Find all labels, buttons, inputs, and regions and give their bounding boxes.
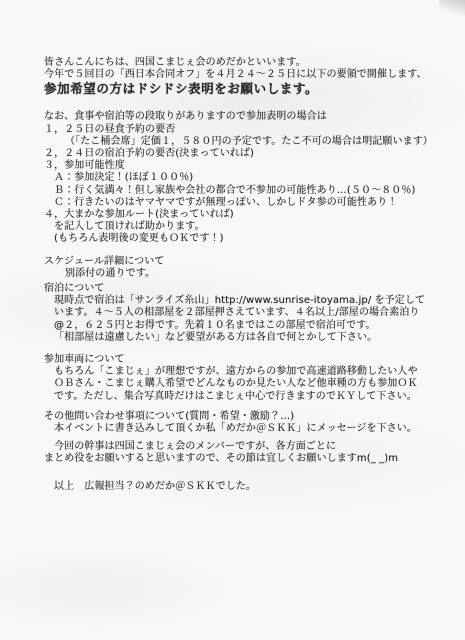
text-line: １，２５日の昼食予約の要否 [44,124,447,136]
text-line: です。ただし、集合写真時だけはこまじぇ中心で行きますのでＫＹして下さい。 [44,391,447,403]
text-line: 以上 広報担当？のめだか＠ＳＫＫでした。 [44,481,447,493]
text-line: 別添付の通りです。 [44,268,447,280]
section-inquiries: その他問い合わせ事項について(質問・希望・激励？…)本イベントに書き込みして頂く… [44,411,447,435]
text-line: まとめ役をお願いすると思いますので、その節は宜しくお願いしますm(_ _)m [44,453,447,465]
text-line: Ａ：参加決定！(ほぼ１００％) [44,172,447,184]
section-conditions: なお、食事や宿泊等の段取りがありますので参加表明の場合は１，２５日の昼食予約の要… [44,111,447,245]
section-intro: 皆さんこんにちは、四国こまじぇ会のめだかといいます。今年で５回目の「西日本合同オ… [44,57,447,97]
section-closing: 以上 広報担当？のめだか＠ＳＫＫでした。 [44,481,447,493]
text-line: ＯＢさん・こまじぇ購入希望でどんなものか見たい人など他車種の方も参加ＯＫ [44,378,447,390]
document-title-line: 参加希望の方はドシドシ表明をお願いします。 [44,81,447,97]
scanned-document: { "page": { "paper_color": "#f8f8f7", "i… [0,0,465,640]
text-line: 「相部屋は遠慮したい」など要望がある方は各自で何とかして下さい。 [44,332,447,344]
scan-corner-artifact [439,0,465,16]
text-line: Ｂ：行く気満々！但し家族や会社の都合で不参加の可能性あり…(５０～８０％) [44,185,447,197]
text-line: 本イベントに書き込みして頂くか私「めだか＠ＳＫＫ」にメッセージを下さい。 [44,423,447,435]
text-line: Ｃ：行きたいのはヤマヤマですが無理っぽい、しかしドタ参の可能性あり！ [44,197,447,209]
text-line: もちろん「こまじぇ」が理想ですが、遠方からの参加で高速道路移動したい人や [44,366,447,378]
text-line: 現時点で宿泊は「サンライズ糸山」http://www.sunrise-itoya… [44,295,447,307]
text-line: (もちろん表明後の変更もＯＫです！) [44,233,447,245]
section-organizers: 今回の幹事は四国こまじぇ会のメンバーですが、各方面ごとにまとめ役をお願いすると思… [44,441,447,465]
text-line: 宿泊について [44,283,447,295]
text-line: 今回の幹事は四国こまじぇ会のメンバーですが、各方面ごとに [44,441,447,453]
text-line: ４，大まかな参加ルート(決まっていれば) [44,209,447,221]
document-page: 皆さんこんにちは、四国こまじぇ会のめだかといいます。今年で５回目の「西日本合同オ… [0,0,465,640]
text-line: なお、食事や宿泊等の段取りがありますので参加表明の場合は [44,111,447,123]
section-lodging: 宿泊について現時点で宿泊は「サンライズ糸山」http://www.sunrise… [44,283,447,344]
document-content: 皆さんこんにちは、四国こまじぇ会のめだかといいます。今年で５回目の「西日本合同オ… [0,0,465,493]
text-line: を記入して頂ければ助かります。 [44,221,447,233]
section-vehicles: 参加車両についてもちろん「こまじぇ」が理想ですが、遠方からの参加で高速道路移動し… [44,354,447,403]
text-line: @２，６２５円とお得です。先着１０名まではこの部屋で宿泊可です。 [44,320,447,332]
text-line: その他問い合わせ事項について(質問・希望・激励？…) [44,411,447,423]
text-line: 参加車両について [44,354,447,366]
text-line: スケジュール詳細について [44,256,447,268]
text-line: （「たこ桶会席」定価１，５８０円の予定です。たこ不可の場合は明記願います） [44,136,447,148]
text-line: います。４～５人の相部屋を２部屋押さえています、４名以上/部屋の場合素泊り [44,307,447,319]
text-line: ３，参加可能性度 [44,160,447,172]
text-line: ２，２４日の宿泊予約の要否(決まっていれば) [44,148,447,160]
text-line: 今年で５回目の「西日本合同オフ」を４月２４～２５日に以下の要領で開催します、 [44,69,447,81]
section-schedule: スケジュール詳細について別添付の通りです。 [44,256,447,280]
text-line: 皆さんこんにちは、四国こまじぇ会のめだかといいます。 [44,57,447,69]
